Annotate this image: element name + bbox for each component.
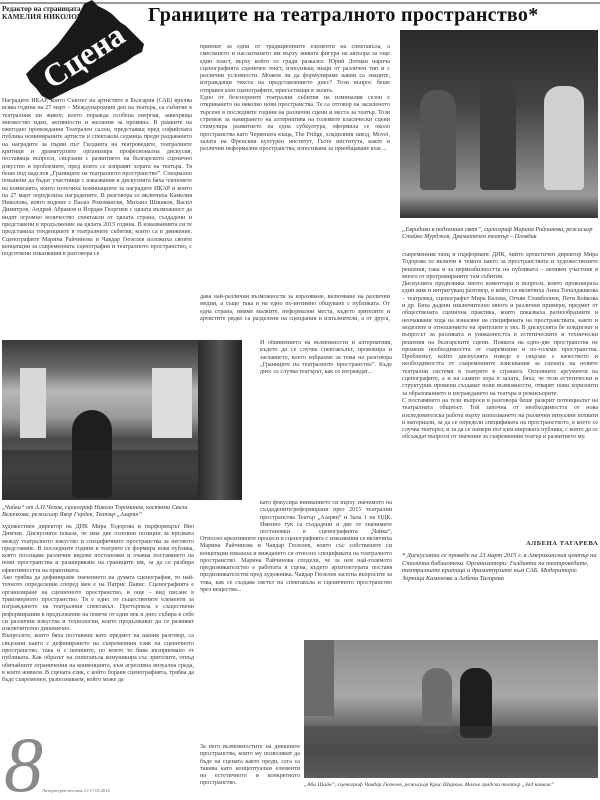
paragraph: С поставянето на тези въпроси в разговор…: [402, 398, 598, 442]
article-column-2-low: Относно креативните процеси в сценографи…: [200, 536, 392, 636]
paragraph: съвременния танц и пърформанс ДНК, чийто…: [402, 252, 598, 281]
paragraph: Наградите ИКАР, които Съюзът на артистит…: [2, 98, 192, 259]
paragraph: И обвинението на възможности и алтернати…: [260, 340, 392, 376]
paragraph: Дискусията предизвика много коментари и …: [402, 281, 598, 398]
publication-footer: Литературен вестник 11-17.05.2016: [42, 788, 110, 793]
photo-figure: [422, 668, 452, 734]
page-headline: Границите на театралното пространство*: [148, 4, 539, 27]
footnote: * Дискусията се проведе на 23 март 2015 …: [402, 552, 598, 582]
page-number: 8: [4, 726, 43, 800]
paragraph: Ако трябва да дефинираме значението на д…: [2, 575, 194, 633]
article-column-2-top: приемат за едни от традиционните елемент…: [200, 44, 390, 294]
paragraph: дава най-различни възможности за изразяв…: [200, 294, 390, 324]
article-column-2-mid-wide: дава най-различни възможности за изразяв…: [200, 294, 390, 324]
caption-evridika: „Евридика в подземния свят”, сценограф М…: [402, 226, 598, 241]
photo-chaika: [2, 340, 198, 500]
article-column-2-mid: И обвинението на възможности и алтернати…: [260, 340, 392, 500]
photo-detail: [152, 368, 192, 438]
section-badge: Сцена: [22, 0, 148, 100]
torn-banner-icon: Сцена: [22, 0, 148, 100]
paragraph: като фокусира вниманието си върху значим…: [260, 500, 392, 536]
caption-chaika: „Чайка” от А.П.Чехов, сценограф Никола Т…: [2, 504, 198, 519]
paragraph: За него възможностите на днешните простр…: [200, 744, 300, 788]
photo-figure: [544, 86, 584, 190]
photo-detail: [304, 640, 334, 716]
caption-abi-shain: „Аби Шайн”, сценограф Чавдар Гюзелев, ре…: [304, 782, 598, 788]
photo-figure: [480, 80, 516, 190]
photo-detail: [304, 726, 598, 778]
photo-chaika-right: [198, 340, 242, 500]
paragraph: художествен директор на ДНК Мира Тодоров…: [2, 524, 194, 575]
paragraph: Едно от безспорните театрални събития на…: [200, 95, 390, 153]
article-column-2-bottom: За него възможностите на днешните простр…: [200, 744, 300, 796]
photo-evridika: [400, 30, 598, 218]
article-column-1-low: художествен директор на ДНК Мира Тодоров…: [2, 524, 194, 746]
photo-detail: [20, 368, 46, 438]
photo-figure: [420, 90, 456, 190]
photo-abi-shain: [304, 640, 598, 778]
article-column-3: съвременния танц и пърформанс ДНК, чийто…: [402, 252, 598, 530]
article-column-2-low-top: като фокусира вниманието си върху значим…: [260, 500, 392, 536]
paragraph: Въпросите, които бяха поставени като пре…: [2, 633, 194, 684]
author-byline: АЛБЕНА ТАГАРЕВА: [526, 540, 598, 547]
photo-detail: [2, 450, 198, 500]
article-column-1-top: Наградите ИКАР, които Съюзът на артистит…: [2, 98, 192, 336]
paragraph: приемат за едни от традиционните елемент…: [200, 44, 390, 95]
paragraph: Относно креативните процеси в сценографи…: [200, 536, 392, 594]
